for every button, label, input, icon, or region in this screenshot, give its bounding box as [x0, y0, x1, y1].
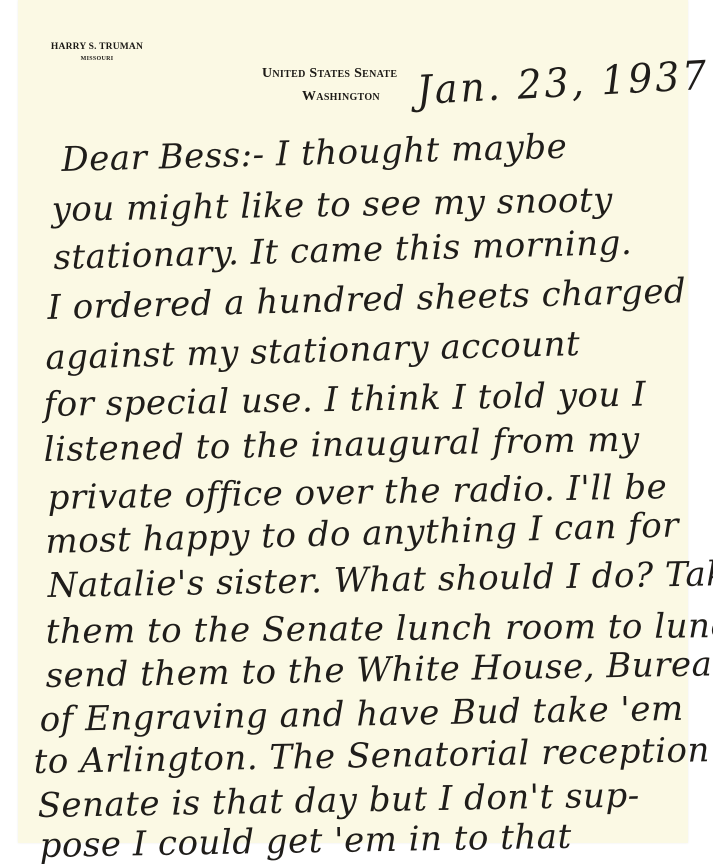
- letter-line: them to the Senate lunch room to lunch: [46, 606, 713, 652]
- letter-line: pose I could get 'em in to that: [39, 817, 572, 864]
- letterhead-city: Washington: [302, 89, 380, 105]
- letterhead-institution: United States Senate: [262, 66, 397, 82]
- letterhead-sender-name: HARRY S. TRUMAN: [42, 42, 152, 52]
- letterhead-sender-state: MISSOURI: [42, 56, 152, 62]
